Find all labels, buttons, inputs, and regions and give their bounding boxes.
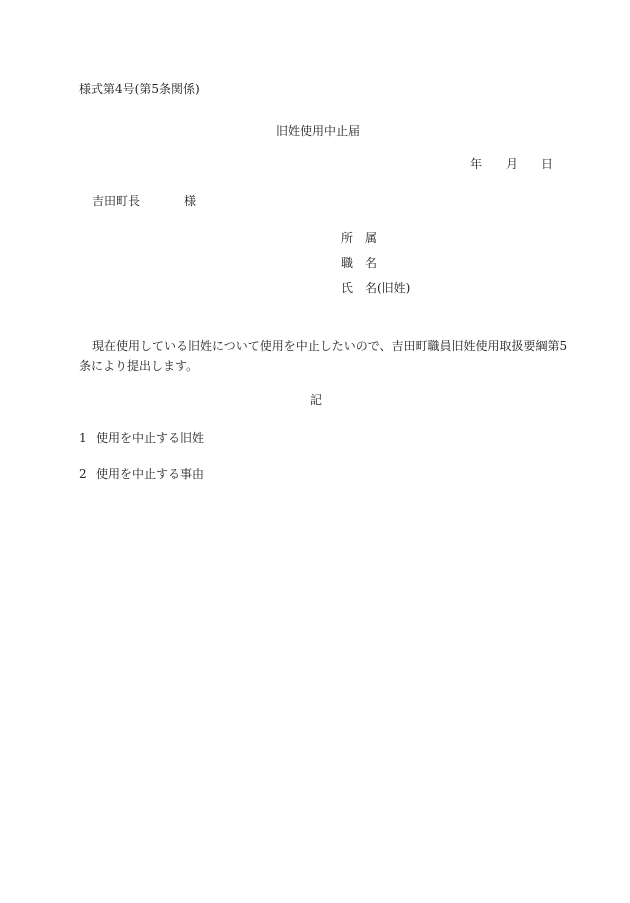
item-1-label: 使用を中止する旧姓	[96, 431, 204, 445]
affiliation-label-2: 属	[365, 231, 377, 245]
addressee-name: 吉田町長	[92, 194, 140, 208]
form-number: 様式第4号(第5条関係)	[79, 82, 200, 96]
date-year-label: 年	[470, 157, 482, 171]
body-text: 現在使用している旧姓について使用を中止したいので、吉田町職員旧姓使用取扱要綱第5…	[79, 339, 567, 373]
affiliation-label-1: 所	[341, 231, 353, 245]
item-1-number: 1	[79, 431, 87, 445]
date-month-label: 月	[506, 157, 518, 171]
item-2-label: 使用を中止する事由	[96, 467, 204, 481]
record-heading: 記	[310, 393, 322, 407]
body-paragraph: 現在使用している旧姓について使用を中止したいので、吉田町職員旧姓使用取扱要綱第5…	[79, 336, 569, 376]
position-label-1: 職	[341, 256, 353, 270]
document-title: 旧姓使用中止届	[276, 124, 360, 138]
name-label-2: 名(旧姓)	[365, 281, 410, 295]
position-label-2: 名	[365, 256, 377, 270]
item-2-number: 2	[79, 467, 87, 481]
date-day-label: 日	[541, 157, 553, 171]
name-label-1: 氏	[341, 281, 353, 295]
addressee-honorific: 様	[184, 194, 196, 208]
